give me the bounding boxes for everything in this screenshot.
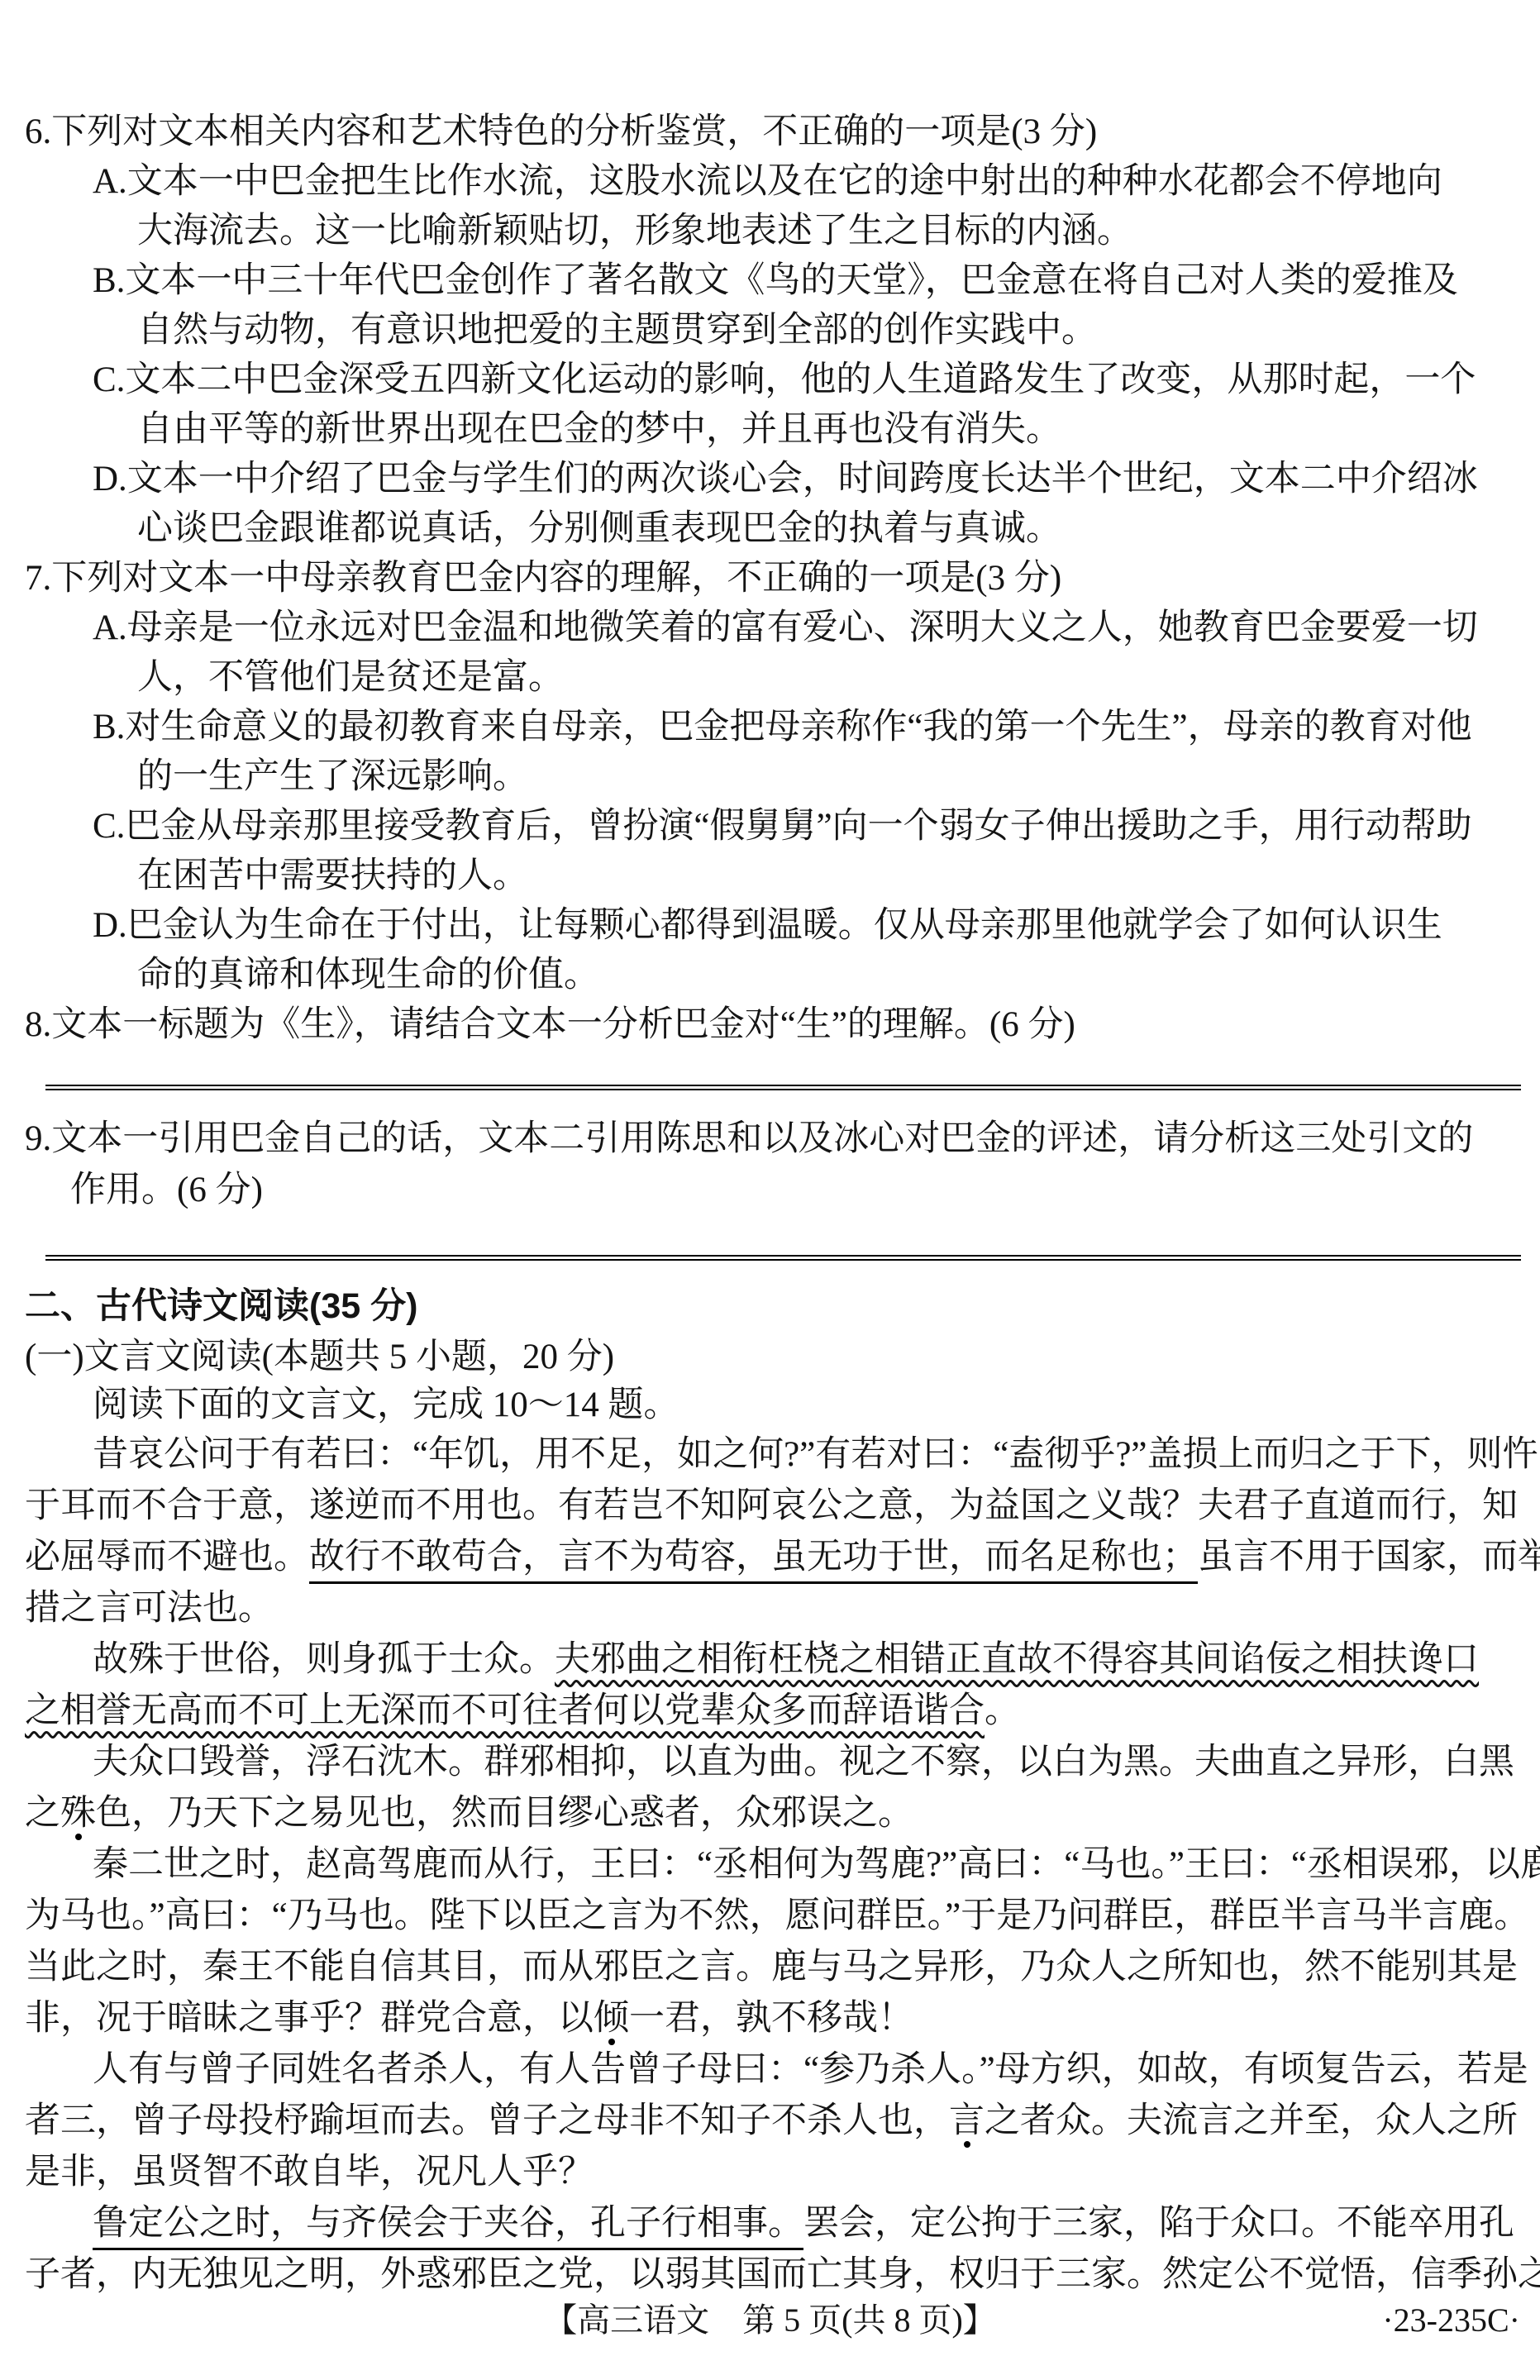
q6-option-a-line-2-seg-0: 大海流去。这一比喻新颖贴切，形象地表述了生之目标的内涵。 xyxy=(137,212,1132,250)
separator-after-q8 xyxy=(45,1085,1521,1090)
q7-option-c-line-2-seg-0: 在困苦中需要扶持的人。 xyxy=(137,856,528,895)
q7-option-c-line-1-seg-0: C.巴金从母亲那里接受教育后，曾扮演“假舅舅”向一个弱女子伸出援助之手，用行动帮… xyxy=(93,807,1472,846)
q6-option-b-line-1: B.文本一中三十年代巴金创作了著名散文《鸟的天堂》，巴金意在将自己对人类的爱推及 xyxy=(93,255,1458,307)
passage-line-13: 人有与曾子同姓名者杀人，有人告曾子母曰：“参乃杀人。”母方织，如故，有顷复告云，… xyxy=(93,2044,1528,2096)
q6-option-b-line-2-seg-0: 自然与动物，有意识地把爱的主题贯穿到全部的创作实践中。 xyxy=(137,311,1097,350)
passage-line-15-seg-0: 是非，虽贤智不敢自毕，况凡人乎？ xyxy=(25,2153,594,2192)
q7-option-a-line-1: A.母亲是一位永远对巴金温和地微笑着的富有爱心、深明大义之人，她教育巴金要爱一切 xyxy=(93,603,1478,654)
subsection-heading: (一)文言文阅读(本题共 5 小题，20 分) xyxy=(25,1332,614,1383)
q7-option-b-line-1: B.对生命意义的最初教育来自母亲，巴金把母亲称作“我的第一个先生”，母亲的教育对… xyxy=(93,702,1472,753)
q7-option-d-line-2: 命的真谛和体现生命的价值。 xyxy=(137,950,599,1001)
q6-option-c-line-2: 自由平等的新世界出现在巴金的梦中，并且再也没有消失。 xyxy=(137,404,1061,455)
q6-option-d-line-1: D.文本一中介绍了巴金与学生们的两次谈心会，时间跨度长达半个世纪，文本二中介绍冰 xyxy=(93,454,1478,505)
passage-line-14-seg-2: 之者众。夫流言之并至，众人之所 xyxy=(985,2101,1518,2140)
q7-option-a-line-2: 人，不管他们是贫还是富。 xyxy=(137,652,564,704)
footer-code-label: ·23-235C· xyxy=(1382,2295,1520,2346)
section-heading: 二、古代诗文阅读(35 分) xyxy=(25,1281,417,1332)
passage-line-2: 于耳而不合于意，遂逆而不用也。有若岂不知阿哀公之意，为益国之义哉？夫君子直道而行… xyxy=(25,1481,1518,1532)
q8-stem-seg-0: 8.文本一标题为《生》，请结合文本一分析巴金对“生”的理解。(6 分) xyxy=(25,1005,1075,1044)
q9-line-2-seg-0: 作用。(6 分) xyxy=(70,1171,263,1209)
passage-line-1-seg-0: 昔哀公问于有若曰：“年饥，用不足，如之何?”有若对曰：“盍彻乎?”盖损上而归之于… xyxy=(93,1435,1538,1474)
q7-option-d-line-1-seg-0: D.巴金认为生命在于付出，让每颗心都得到温暖。仅从母亲那里他就学会了如何认识生 xyxy=(93,906,1442,945)
q9-line-1: 9.文本一引用巴金自己的话，文本二引用陈思和以及冰心对巴金的评述，请分析这三处引… xyxy=(25,1114,1473,1165)
passage-line-10-seg-0: 为马也。”高曰：“乃马也。陛下以臣之言为不然，愿问群臣。”于是乃问群臣，群臣半言… xyxy=(25,1896,1529,1935)
passage-line-8-seg-2: 色，乃天下之易见也，然而目缪心惑者，众邪误之。 xyxy=(96,1794,913,1833)
q6-option-c-line-1: C.文本二中巴金深受五四新文化运动的影响，他的人生道路发生了改变，从那时起，一个 xyxy=(93,355,1476,406)
q7-option-b-line-2: 的一生产生了深远影响。 xyxy=(137,751,528,803)
passage-line-3-seg-0: 必屈辱而不避也。 xyxy=(25,1538,309,1576)
passage-line-1: 昔哀公问于有若曰：“年饥，用不足，如之何?”有若对曰：“盍彻乎?”盖损上而归之于… xyxy=(93,1429,1538,1481)
q9-line-1-seg-0: 9.文本一引用巴金自己的话，文本二引用陈思和以及冰心对巴金的评述，请分析这三处引… xyxy=(25,1119,1473,1158)
passage-line-7-seg-0: 夫众口毁誉，浮石沈木。群邪相抑，以直为曲。视之不察，以白为黑。夫曲直之异形，白黑 xyxy=(93,1743,1514,1781)
q6-option-b-line-1-seg-0: B.文本一中三十年代巴金创作了著名散文《鸟的天堂》，巴金意在将自己对人类的爱推及 xyxy=(93,261,1458,300)
passage-line-12-seg-1: 倾 xyxy=(594,2001,629,2036)
passage-line-12-seg-2: 一君，孰不移哉！ xyxy=(629,1999,913,2038)
section-heading-seg-0: 二、古代诗文阅读(35 分) xyxy=(25,1286,417,1326)
passage-line-15: 是非，虽贤智不敢自毕，况凡人乎？ xyxy=(25,2147,594,2198)
q8-stem: 8.文本一标题为《生》，请结合文本一分析巴金对“生”的理解。(6 分) xyxy=(25,999,1075,1051)
q6-option-a-line-2: 大海流去。这一比喻新颖贴切，形象地表述了生之目标的内涵。 xyxy=(137,206,1132,257)
passage-line-11-seg-0: 当此之时，秦王不能自信其目，而从邪臣之言。鹿与马之异形，乃众人之所知也，然不能别… xyxy=(25,1948,1518,1987)
q7-stem: 7.下列对文本一中母亲教育巴金内容的理解，不正确的一项是(3 分) xyxy=(25,553,1061,604)
q6-option-d-line-1-seg-0: D.文本一中介绍了巴金与学生们的两次谈心会，时间跨度长达半个世纪，文本二中介绍冰 xyxy=(93,460,1478,498)
passage-line-7: 夫众口毁誉，浮石沈木。群邪相抑，以直为曲。视之不察，以白为黑。夫曲直之异形，白黑 xyxy=(93,1737,1514,1788)
q6-stem-seg-0: 6.下列对文本相关内容和艺术特色的分析鉴赏，不正确的一项是(3 分) xyxy=(25,112,1097,151)
q7-option-d-line-2-seg-0: 命的真谛和体现生命的价值。 xyxy=(137,956,599,994)
passage-line-5: 故殊于世俗，则身孤于士众。夫邪曲之相衔枉桡之相错正直故不得容其间谄佞之相扶谗口 xyxy=(93,1634,1479,1686)
page-footer: 【高三语文 第 5 页(共 8 页)】 ·23-235C· xyxy=(0,2295,1540,2346)
passage-line-8-seg-0: 之 xyxy=(25,1794,60,1833)
passage-line-5-seg-0: 故殊于世俗，则身孤于士众。 xyxy=(93,1640,555,1679)
passage-line-14-seg-1: 言 xyxy=(949,2103,985,2139)
separator-after-q9 xyxy=(45,1255,1521,1261)
passage-line-5-seg-1: 夫邪曲之相衔枉桡之相错正直故不得容其间谄佞之相扶谗口 xyxy=(555,1640,1479,1679)
q6-option-b-line-2: 自然与动物，有意识地把爱的主题贯穿到全部的创作实践中。 xyxy=(137,305,1097,356)
exam-page: 6.下列对文本相关内容和艺术特色的分析鉴赏，不正确的一项是(3 分)A.文本一中… xyxy=(0,0,1540,2380)
passage-line-11: 当此之时，秦王不能自信其目，而从邪臣之言。鹿与马之异形，乃众人之所知也，然不能别… xyxy=(25,1942,1518,1993)
footer-page-label: 【高三语文 第 5 页(共 8 页)】 xyxy=(0,2295,1540,2346)
passage-line-17-seg-0: 子者，内无独见之明，外惑邪臣之党，以弱其国而亡其身，权归于三家。然定公不觉悟，信… xyxy=(25,2255,1540,2294)
q7-stem-seg-0: 7.下列对文本一中母亲教育巴金内容的理解，不正确的一项是(3 分) xyxy=(25,559,1061,598)
subsection-heading-seg-0: (一)文言文阅读(本题共 5 小题，20 分) xyxy=(25,1338,614,1376)
q6-option-c-line-2-seg-0: 自由平等的新世界出现在巴金的梦中，并且再也没有消失。 xyxy=(137,410,1061,449)
passage-line-6: 之相誉无高而不可上无深而不可往者何以党辈众多而辞语谐合。 xyxy=(25,1686,1020,1737)
passage-line-16: 鲁定公之时，与齐侯会于夹谷，孔子行相事。罢会，定公拘于三家，陷于众口。不能卒用孔 xyxy=(93,2198,1514,2249)
passage-line-4: 措之言可法也。 xyxy=(25,1583,274,1634)
q7-option-b-line-2-seg-0: 的一生产生了深远影响。 xyxy=(137,757,528,796)
passage-line-8: 之殊色，乃天下之易见也，然而目缪心惑者，众邪误之。 xyxy=(25,1788,913,1839)
q6-option-c-line-1-seg-0: C.文本二中巴金深受五四新文化运动的影响，他的人生道路发生了改变，从那时起，一个 xyxy=(93,360,1476,399)
q6-option-d-line-2: 心谈巴金跟谁都说真话，分别侧重表现巴金的执着与真诚。 xyxy=(137,503,1061,555)
q7-option-a-line-2-seg-0: 人，不管他们是贫还是富。 xyxy=(137,658,564,697)
q7-option-a-line-1-seg-0: A.母亲是一位永远对巴金温和地微笑着的富有爱心、深明大义之人，她教育巴金要爱一切 xyxy=(93,608,1478,647)
passage-line-9: 秦二世之时，赵高驾鹿而从行，王曰：“丞相何为驾鹿?”高曰：“马也。”王曰：“丞相… xyxy=(93,1839,1540,1891)
q7-option-d-line-1: D.巴金认为生命在于付出，让每颗心都得到温暖。仅从母亲那里他就学会了如何认识生 xyxy=(93,900,1442,952)
passage-intro: 阅读下面的文言文，完成 10～14 题。 xyxy=(93,1380,679,1431)
passage-line-6-seg-1: 。 xyxy=(985,1691,1020,1730)
passage-line-12-seg-0: 非，况于暗昧之事乎？群党合意，以 xyxy=(25,1999,594,2038)
passage-line-16-seg-0: 鲁定公之时，与齐侯会于夹谷，孔子行相事。 xyxy=(93,2204,803,2250)
q6-option-a-line-1: A.文本一中巴金把生比作水流，这股水流以及在它的途中射出的种种水花都会不停地向 xyxy=(93,156,1442,207)
passage-intro-seg-0: 阅读下面的文言文，完成 10～14 题。 xyxy=(93,1386,679,1424)
q9-line-2: 作用。(6 分) xyxy=(70,1165,263,1216)
passage-line-17: 子者，内无独见之明，外惑邪臣之党，以弱其国而亡其身，权归于三家。然定公不觉悟，信… xyxy=(25,2249,1540,2301)
q6-stem: 6.下列对文本相关内容和艺术特色的分析鉴赏，不正确的一项是(3 分) xyxy=(25,107,1097,158)
passage-line-12: 非，况于暗昧之事乎？群党合意，以倾一君，孰不移哉！ xyxy=(25,1993,913,2044)
q6-option-a-line-1-seg-0: A.文本一中巴金把生比作水流，这股水流以及在它的途中射出的种种水花都会不停地向 xyxy=(93,162,1442,201)
passage-line-14-seg-0: 者三，曾子母投杼踰垣而去。曾子之母非不知子不杀人也， xyxy=(25,2101,949,2140)
passage-line-16-seg-1: 罢会，定公拘于三家，陷于众口。不能卒用孔 xyxy=(803,2204,1514,2243)
passage-line-3: 必屈辱而不避也。故行不敢苟合，言不为苟容，虽无功于世，而名足称也；虽言不用于国家… xyxy=(25,1532,1540,1583)
passage-line-3-seg-2: 虽言不用于国家，而举 xyxy=(1198,1538,1540,1576)
q6-option-d-line-2-seg-0: 心谈巴金跟谁都说真话，分别侧重表现巴金的执着与真诚。 xyxy=(137,509,1061,548)
passage-line-2-seg-0: 于耳而不合于意，遂逆而不用也。有若岂不知阿哀公之意，为益国之义哉？夫君子直道而行… xyxy=(25,1486,1518,1525)
passage-line-9-seg-0: 秦二世之时，赵高驾鹿而从行，王曰：“丞相何为驾鹿?”高曰：“马也。”王曰：“丞相… xyxy=(93,1845,1540,1884)
passage-line-4-seg-0: 措之言可法也。 xyxy=(25,1589,274,1628)
passage-line-10: 为马也。”高曰：“乃马也。陛下以臣之言为不然，愿问群臣。”于是乃问群臣，群臣半言… xyxy=(25,1891,1529,1942)
passage-line-3-seg-1: 故行不敢苟合，言不为苟容，虽无功于世，而名足称也； xyxy=(309,1538,1198,1584)
q7-option-c-line-1: C.巴金从母亲那里接受教育后，曾扮演“假舅舅”向一个弱女子伸出援助之手，用行动帮… xyxy=(93,801,1472,852)
passage-line-13-seg-0: 人有与曾子同姓名者杀人，有人告曾子母曰：“参乃杀人。”母方织，如故，有顷复告云，… xyxy=(93,2050,1528,2089)
q7-option-b-line-1-seg-0: B.对生命意义的最初教育来自母亲，巴金把母亲称作“我的第一个先生”，母亲的教育对… xyxy=(93,708,1472,746)
passage-line-6-seg-0: 之相誉无高而不可上无深而不可往者何以党辈众多而辞语谐合 xyxy=(25,1691,985,1730)
passage-line-14: 者三，曾子母投杼踰垣而去。曾子之母非不知子不杀人也，言之者众。夫流言之并至，众人… xyxy=(25,2096,1518,2147)
passage-line-8-seg-1: 殊 xyxy=(60,1796,96,1831)
q7-option-c-line-2: 在困苦中需要扶持的人。 xyxy=(137,851,528,902)
